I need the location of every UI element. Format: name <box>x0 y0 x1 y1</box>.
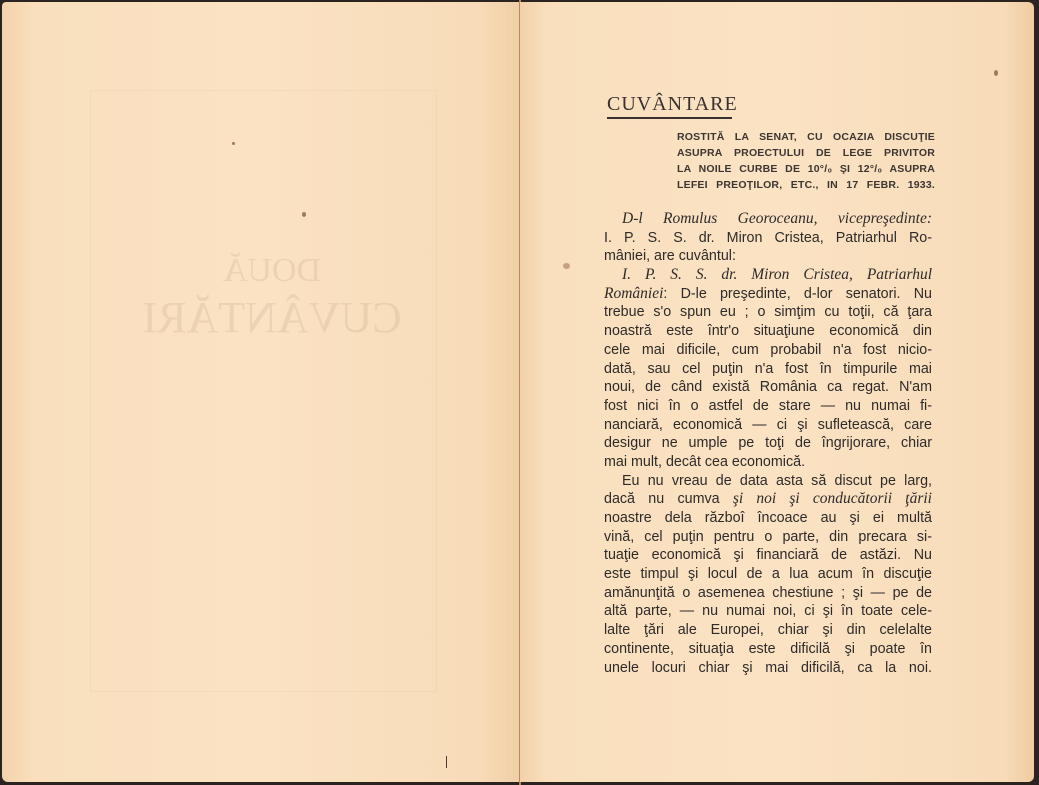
text-span: : D-le preşedinte, d-lor senatori. Nu <box>663 286 932 302</box>
text-line: D-l Romulus Georoceanu, vicepreşedinte: <box>604 210 932 229</box>
speech-body: D-l Romulus Georoceanu, vicepreşedinte: … <box>604 210 932 677</box>
bleed-through-title: DOUĂ <box>122 252 422 290</box>
text-line: continente, situaţia este dificilă şi po… <box>604 640 932 659</box>
text-line: României: D-le preşedinte, d-lor senator… <box>604 285 932 304</box>
text-line: unele locuri chiar şi mai dificilă, ca l… <box>604 659 932 678</box>
text-line: noui, de când există România ca regat. N… <box>604 378 932 397</box>
text-line: dată, sau cel puţin n'a fost în timpuril… <box>604 360 932 379</box>
subtitle-line: ROSTITĂ LA SENAT, CU OCAZIA DISCUŢIE <box>677 129 935 145</box>
left-page: DOUĂ CUVÂNTĂRI <box>2 2 519 782</box>
text-line: dacă nu cumva şi noi şi conducătorii ţăr… <box>604 490 932 509</box>
text-line: mâniei, are cuvântul: <box>604 247 932 266</box>
page-title: CUVÂNTARE <box>607 93 738 116</box>
page-mark <box>446 756 447 768</box>
text-line: lalte ţări ale Europei, chiar şi din cel… <box>604 621 932 640</box>
text-line: tuaţie economică şi financiară de astăzi… <box>604 546 932 565</box>
speaker-name: României <box>604 285 663 302</box>
bleed-through-frame <box>90 90 437 692</box>
paper-spot <box>232 142 235 145</box>
text-line: desigur ne umple pe toţi de îngrijorare,… <box>604 434 932 453</box>
text-line: vină, cel puţin pentru o parte, din prec… <box>604 528 932 547</box>
text-line: fost nici în o astfel de stare — nu numa… <box>604 397 932 416</box>
title-underline <box>607 117 732 119</box>
text-line: amănunţită o asemenea chestiune ; şi — p… <box>604 584 932 603</box>
text-line: altă parte, — nu numai noi, ci şi în toa… <box>604 602 932 621</box>
text-line: cele mai dificile, cum probabil n'a fost… <box>604 341 932 360</box>
subtitle-line: LA NOILE CURBE DE 10°/₀ ŞI 12°/₀ ASUPRA <box>677 161 935 177</box>
text-line: I. P. S. S. dr. Miron Cristea, Patriarhu… <box>604 266 932 285</box>
text-line: este timpul şi locul de a lua acum în di… <box>604 565 932 584</box>
text-line: Eu nu vreau de data asta să discut pe la… <box>604 472 932 491</box>
emphasis-span: şi noi şi conducătorii ţării <box>733 490 932 507</box>
text-line: noastră este într'o situaţiune economică… <box>604 322 932 341</box>
paper-spot <box>994 70 998 76</box>
subtitle-line: LEFEI PREOŢILOR, ETC., IN 17 FEBR. 1933. <box>677 177 935 193</box>
subtitle-block: ROSTITĂ LA SENAT, CU OCAZIA DISCUŢIE ASU… <box>677 129 935 193</box>
text-line: nanciară, economică — ci şi sufletească,… <box>604 416 932 435</box>
paper-spot <box>302 212 306 217</box>
text-line: I. P. S. S. dr. Miron Cristea, Patriarhu… <box>604 229 932 248</box>
paper-spot <box>563 263 570 269</box>
text-line: noastre dela războî încoace au şi ei mul… <box>604 509 932 528</box>
text-line: trebue s'o spun eu ; o simţim cu toţii, … <box>604 303 932 322</box>
text-span: dacă nu cumva <box>604 491 733 507</box>
subtitle-line: ASUPRA PROECTULUI DE LEGE PRIVITOR <box>677 145 935 161</box>
text-line: mai mult, decât cea economică. <box>604 453 932 472</box>
bleed-through-title-2: CUVÂNTĂRI <box>97 292 447 343</box>
